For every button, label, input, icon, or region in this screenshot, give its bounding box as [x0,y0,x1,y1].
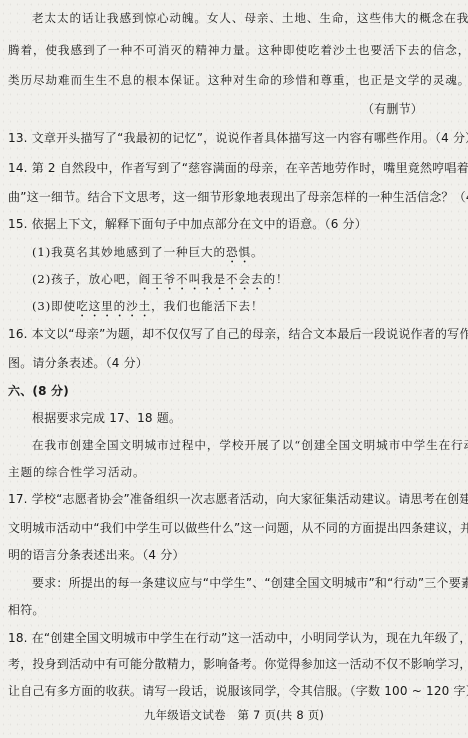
exam-page: 老太太的话让我感到惊心动魄。女人、母亲、土地、生命，这些伟大的概念在我脑海中翻 … [0,0,468,738]
item-3-dotted-phrase: 吃这里的沙土 [76,299,151,313]
question-17-requirement-line-2: 相符。 [8,602,460,618]
question-15-item-2: (2)孩子，放心吧，阎王爷不叫我是不会去的！ [32,271,460,293]
context-line-1: 在我市创建全国文明城市过程中，学校开展了以“创建全国文明城市中学生在行动”为 [32,437,460,453]
question-17-line-3: 明的语言分条表述出来。（4 分） [8,547,460,563]
abridged-note: （有删节） [362,101,423,117]
question-15-item-3: (3)即使吃这里的沙土，我们也能活下去！ [32,298,460,320]
question-18-line-3: 让自己有多方面的收获。请写一段话，说服该同学，令其信服。（字数 100 ~ 12… [8,683,460,699]
passage-line-1: 老太太的话让我感到惊心动魄。女人、母亲、土地、生命，这些伟大的概念在我脑海中翻 [32,10,460,26]
item-2-dotted-phrase: 阎王爷不叫我是不会去的 [139,272,276,286]
passage-line-3: 类历尽劫难而生生不息的根本保证。这种对生命的珍惜和尊重，也正是文学的灵魂。 [8,72,460,88]
item-1-text: (1)我莫名其妙地感到了一种巨大的 [32,245,226,259]
page-footer: 九年级语文试卷 第 7 页(共 8 页) [0,707,468,723]
item-2-text: (2)孩子，放心吧， [32,272,139,286]
section-6-instruction: 根据要求完成 17、18 题。 [32,410,460,426]
question-14-line-1: 14. 第 2 自然段中，作者写到了“慈容满面的母亲，在辛苦地劳作时，嘴里竟然哼… [8,160,460,176]
question-18-line-1: 18. 在“创建全国文明城市中学生在行动”这一活动中，小明同学认为，现在九年级了… [8,630,460,646]
question-15-item-1: (1)我莫名其妙地感到了一种巨大的恐惧。 [32,244,460,266]
question-18-line-2: 考，投身到活动中有可能分散精力，影响备考。你觉得参加这一活动不仅不影响学习，还会 [8,656,460,672]
question-17-requirement-line-1: 要求：所提出的每一条建议应与“中学生”、“创建全国文明城市”和“行动”三个要素 [32,575,460,591]
question-17-line-1: 17. 学校“志愿者协会”准备组织一次志愿者活动，向大家征集活动建议。请思考在创… [8,491,460,507]
question-14-line-2: 曲”这一细节。结合下文思考，这一细节形象地表现出了母亲怎样的一种生活信念？（4 … [8,189,460,205]
item-1-dotted-phrase: 恐惧 [226,245,251,259]
item-2-end: ！ [276,272,289,286]
item-3-text: (3)即使 [32,299,76,313]
question-13: 13. 文章开头描写了“我最初的记忆”，说说作者具体描写这一内容有哪些作用。（4… [8,130,460,146]
question-17-line-2: 文明城市活动中“我们中学生可以做些什么”这一问题，从不同的方面提出四条建议，并用… [8,520,460,536]
item-3-end: ，我们也能活下去！ [151,299,263,313]
section-6-heading: 六、(8 分) [8,383,460,399]
item-1-end: 。 [251,245,264,259]
question-15: 15. 依据上下文，解释下面句子中加点部分在文中的语意。（6 分） [8,216,460,232]
question-16-line-1: 16. 本文以“母亲”为题，却不仅仅写了自己的母亲，结合文本最后一段说说作者的写… [8,326,460,342]
passage-line-2: 腾着，使我感到了一种不可消灭的精神力量。这种即使吃着沙土也要活下去的信念，正是人 [8,42,460,58]
context-line-2: 主题的综合性学习活动。 [8,464,460,480]
question-16-line-2: 图。请分条表述。（4 分） [8,355,460,371]
